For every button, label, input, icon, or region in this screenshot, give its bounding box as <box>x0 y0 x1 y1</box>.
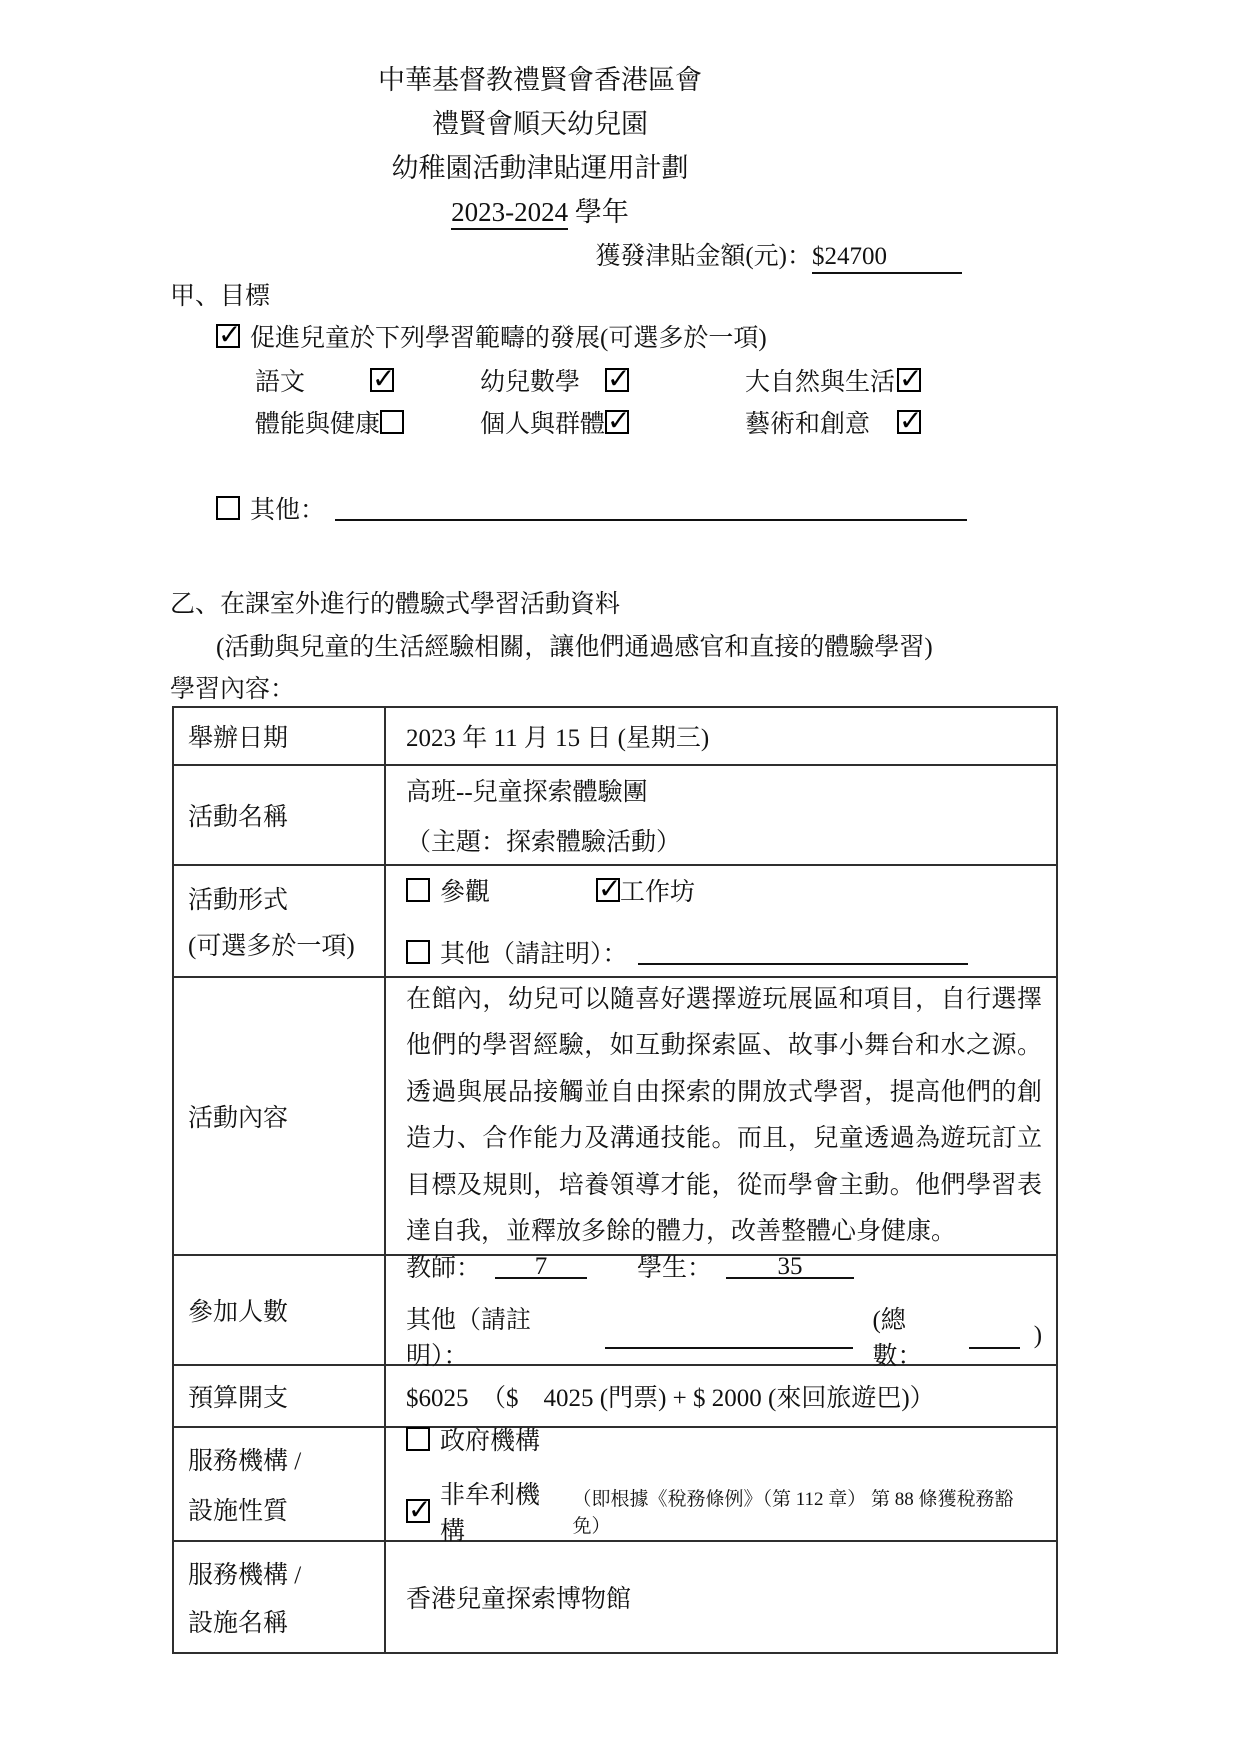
teacher-count-field[interactable]: 7 <box>495 1253 587 1279</box>
section-b-subheading: (活動與兒童的生活經驗相關，讓他們通過感官和直接的體驗學習) <box>216 627 933 663</box>
document-header: 中華基督教禮賢會香港區會 禮賢會順天幼兒園 幼稚園活動津貼運用計劃 2023-2… <box>0 58 1080 234</box>
table-row-date: 舉辦日期 2023 年 11 月 15 日 (星期三) <box>174 708 1056 766</box>
table-row-participants: 參加人數 教師： 7 學生： 35 其他（請註明）： (總數： ) <box>174 1256 1056 1366</box>
checkbox-ngo[interactable] <box>406 1499 430 1523</box>
government-label: 政府機構 <box>440 1421 540 1457</box>
student-count-field[interactable]: 35 <box>726 1253 854 1279</box>
activity-form-options: 參觀 工作坊 <box>406 872 1042 908</box>
table-row-org-name: 服務機構 / 設施名稱 香港兒童探索博物館 <box>174 1542 1056 1652</box>
table-row-budget: 預算開支 $6025 （$ 4025 (門票) + $ 2000 (來回旅遊巴)… <box>174 1366 1056 1428</box>
learning-content-label: 學習內容： <box>170 669 295 705</box>
checkbox-social[interactable] <box>605 410 629 434</box>
org-name-label: 服務機構 / 設施名稱 <box>174 1542 386 1652</box>
promote-row: 促進兒童於下列學習範疇的發展(可選多於一項) <box>216 318 767 354</box>
other-goal-blank-field[interactable] <box>335 495 967 521</box>
category-nature: 大自然與生活 <box>745 362 921 398</box>
form-other-blank-field[interactable] <box>638 939 968 965</box>
checkbox-workshop[interactable] <box>596 878 620 902</box>
checkbox-visit[interactable] <box>406 878 430 902</box>
grant-label: 獲發津貼金額(元)： <box>595 243 812 270</box>
org-nature-label: 服務機構 / 設施性質 <box>174 1428 386 1540</box>
activity-form-label: 活動形式 (可選多於一項) <box>174 866 386 976</box>
participants-label: 參加人數 <box>174 1256 386 1364</box>
plan-title: 幼稚園活動津貼運用計劃 <box>0 146 1080 190</box>
category-nature-label: 大自然與生活 <box>745 362 897 398</box>
participants-line1: 教師： 7 學生： 35 <box>406 1248 1042 1284</box>
section-a-heading: 甲、目標 <box>170 276 270 312</box>
checkbox-government[interactable] <box>406 1427 430 1451</box>
org-nature-label-line2: 設施性質 <box>188 1491 384 1527</box>
activity-table: 舉辦日期 2023 年 11 月 15 日 (星期三) 活動名稱 高班--兒童探… <box>172 706 1058 1654</box>
category-art: 藝術和創意 <box>745 404 921 440</box>
category-math-label: 幼兒數學 <box>480 362 605 398</box>
category-art-label: 藝術和創意 <box>745 404 897 440</box>
checkbox-physical[interactable] <box>380 410 404 434</box>
checkbox-nature[interactable] <box>897 368 921 392</box>
table-row-activity-name: 活動名稱 高班--兒童探索體驗團 （主題：探索體驗活動） <box>174 766 1056 866</box>
category-math: 幼兒數學 <box>480 362 745 398</box>
org-nature-label-line1: 服務機構 / <box>188 1441 384 1477</box>
grant-amount-line: 獲發津貼金額(元)：$24700 <box>0 236 962 274</box>
other-goal-row: 其他： <box>216 490 967 526</box>
category-physical-label: 體能與健康 <box>255 404 380 440</box>
activity-form-label-line1: 活動形式 <box>188 880 384 916</box>
date-label: 舉辦日期 <box>174 708 386 764</box>
activity-content-text: 在館內，幼兒可以隨喜好選擇遊玩展區和項目，自行選擇他們的學習經驗，如互動探索區、… <box>406 977 1042 1256</box>
gov-option: 政府機構 <box>406 1421 1042 1457</box>
total-open: (總數： <box>873 1300 955 1372</box>
promote-label: 促進兒童於下列學習範疇的發展(可選多於一項) <box>250 318 767 354</box>
school-year-line: 2023-2024 學年 <box>0 190 1080 234</box>
budget-value: $6025 （$ 4025 (門票) + $ 2000 (來回旅遊巴)） <box>386 1366 1056 1426</box>
grant-amount-field[interactable]: $24700 <box>812 243 962 274</box>
date-value: 2023 年 11 月 15 日 (星期三) <box>386 708 1056 764</box>
checkbox-form-other[interactable] <box>406 940 430 964</box>
visit-label: 參觀 <box>440 872 490 908</box>
school-year: 2023-2024 <box>451 197 568 230</box>
activity-content-value: 在館內，幼兒可以隨喜好選擇遊玩展區和項目，自行選擇他們的學習經驗，如互動探索區、… <box>386 978 1056 1254</box>
category-row-2: 體能與健康 個人與群體 藝術和創意 <box>255 404 921 440</box>
participants-other-label: 其他（請註明）： <box>406 1300 591 1372</box>
activity-form-label-line2: (可選多於一項) <box>188 926 384 962</box>
participants-value: 教師： 7 學生： 35 其他（請註明）： (總數： ) <box>386 1256 1056 1364</box>
checkbox-art[interactable] <box>897 410 921 434</box>
school-title: 禮賢會順天幼兒園 <box>0 102 1080 146</box>
activity-content-label: 活動內容 <box>174 978 386 1254</box>
workshop-label: 工作坊 <box>620 872 695 908</box>
activity-name-value: 高班--兒童探索體驗團 （主題：探索體驗活動） <box>386 766 1056 864</box>
activity-form-other: 其他（請註明）： <box>406 934 1042 970</box>
budget-label: 預算開支 <box>174 1366 386 1426</box>
org-name-label-line1: 服務機構 / <box>188 1555 384 1591</box>
teacher-label: 教師： <box>406 1248 481 1284</box>
other-goal-label: 其他： <box>250 490 325 526</box>
workshop-option: 工作坊 <box>596 872 695 908</box>
table-row-activity-content: 活動內容 在館內，幼兒可以隨喜好選擇遊玩展區和項目，自行選擇他們的學習經驗，如互… <box>174 978 1056 1256</box>
student-label: 學生： <box>637 1248 712 1284</box>
activity-name-line2: （主題：探索體驗活動） <box>406 822 1042 858</box>
ngo-label: 非牟利機構 <box>440 1475 563 1547</box>
category-row-1: 語文 幼兒數學 大自然與生活 <box>255 362 921 398</box>
checkbox-math[interactable] <box>605 368 629 392</box>
category-physical: 體能與健康 <box>255 404 480 440</box>
school-year-suffix: 學年 <box>568 197 629 227</box>
ngo-option: 非牟利機構 （即根據《稅務條例》（第 112 章） 第 88 條獲稅務豁免） <box>406 1475 1042 1547</box>
participants-other-blank-field[interactable] <box>605 1323 853 1349</box>
activity-name-label: 活動名稱 <box>174 766 386 864</box>
org-name-label-line2: 設施名稱 <box>188 1603 384 1639</box>
participants-line2: 其他（請註明）： (總數： ) <box>406 1300 1042 1372</box>
total-blank-field[interactable] <box>969 1323 1020 1349</box>
total-close: ) <box>1034 1322 1042 1350</box>
org-name-value: 香港兒童探索博物館 <box>386 1542 1056 1652</box>
checkbox-language[interactable] <box>370 368 394 392</box>
org-title: 中華基督教禮賢會香港區會 <box>0 58 1080 102</box>
table-row-activity-form: 活動形式 (可選多於一項) 參觀 工作坊 其他（請註明）： <box>174 866 1056 978</box>
checkbox-other-goal[interactable] <box>216 496 240 520</box>
org-nature-value: 政府機構 非牟利機構 （即根據《稅務條例》（第 112 章） 第 88 條獲稅務… <box>386 1428 1056 1540</box>
category-social-label: 個人與群體 <box>480 404 605 440</box>
ngo-note: （即根據《稅務條例》（第 112 章） 第 88 條獲稅務豁免） <box>573 1484 1042 1538</box>
activity-name-line1: 高班--兒童探索體驗團 <box>406 772 1042 808</box>
checkbox-promote[interactable] <box>216 324 240 348</box>
category-language-label: 語文 <box>255 362 370 398</box>
table-row-org-nature: 服務機構 / 設施性質 政府機構 非牟利機構 （即根據《稅務條例》（第 112 … <box>174 1428 1056 1542</box>
section-b-heading: 乙、在課室外進行的體驗式學習活動資料 <box>170 584 620 620</box>
form-other-label: 其他（請註明）： <box>440 934 628 970</box>
category-social: 個人與群體 <box>480 404 745 440</box>
form-page: 中華基督教禮賢會香港區會 禮賢會順天幼兒園 幼稚園活動津貼運用計劃 2023-2… <box>0 0 1241 1755</box>
category-language: 語文 <box>255 362 480 398</box>
activity-form-value: 參觀 工作坊 其他（請註明）： <box>386 866 1056 976</box>
